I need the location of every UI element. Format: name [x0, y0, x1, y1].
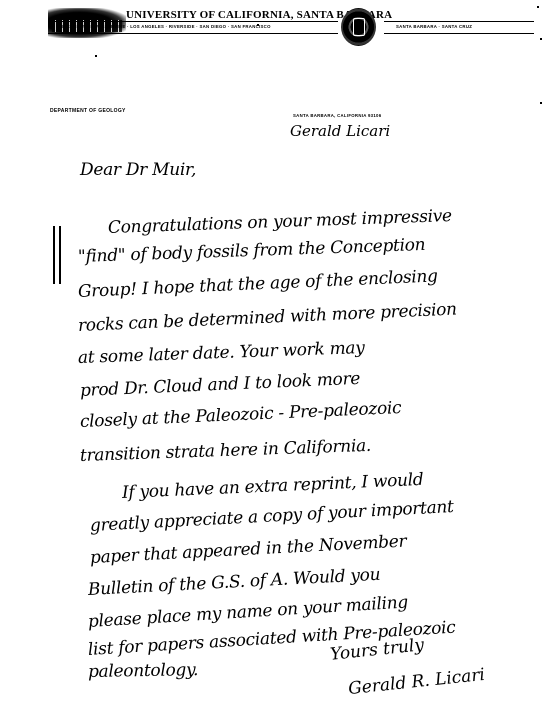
letter-line: rocks can be determined with more precis… — [78, 299, 458, 336]
letter-line: If you have an extra reprint, I would — [122, 470, 424, 503]
handwritten-sender-name: Gerald Licari — [290, 122, 390, 140]
campus-list-left: BERKELEY · DAVIS · IRVINE · LOS ANGELES … — [60, 24, 271, 29]
letter-line: "find" of body fossils from the Concepti… — [78, 235, 426, 267]
letter-line: transition strata here in California. — [80, 436, 372, 466]
letter-line: prod Dr. Cloud and I to look more — [80, 369, 361, 401]
university-seal-icon — [341, 8, 376, 46]
letter-line: greatly appreciate a copy of your import… — [89, 497, 454, 536]
letterhead-address: SANTA BARBARA, CALIFORNIA 93106 — [293, 113, 381, 118]
scan-speck — [540, 102, 542, 104]
letter-line: paleontology. — [88, 660, 199, 682]
scan-speck — [537, 6, 539, 8]
department-name: DEPARTMENT OF GEOLOGY — [50, 108, 126, 114]
letter-line: Bulletin of the G.S. of A. Would you — [87, 565, 380, 600]
letter-line: at some later date. Your work may — [78, 338, 365, 368]
letter-line: Group! I hope that the age of the enclos… — [78, 266, 439, 302]
campus-list-right: SANTA BARBARA · SANTA CRUZ — [396, 24, 472, 29]
letter-page: UNIVERSITY OF CALIFORNIA, SANTA BARBARA … — [0, 0, 550, 719]
scan-speck — [95, 55, 97, 57]
salutation: Dear Dr Muir, — [80, 160, 196, 180]
letterhead-rule-right-top — [384, 21, 534, 22]
scan-speck — [257, 24, 259, 26]
letterhead-rule-bottom — [48, 33, 338, 34]
scan-speck — [540, 38, 542, 40]
letter-line: closely at the Paleozoic - Pre-paleozoic — [80, 398, 402, 432]
letterhead-rule-right-bottom — [384, 33, 534, 34]
margin-mark — [53, 226, 61, 284]
letterhead-rule-top — [48, 21, 338, 22]
letter-line: Congratulations on your most impressive — [108, 206, 452, 238]
letter-line: paper that appeared in the November — [89, 531, 406, 568]
signature: Gerald R. Licari — [347, 665, 486, 699]
